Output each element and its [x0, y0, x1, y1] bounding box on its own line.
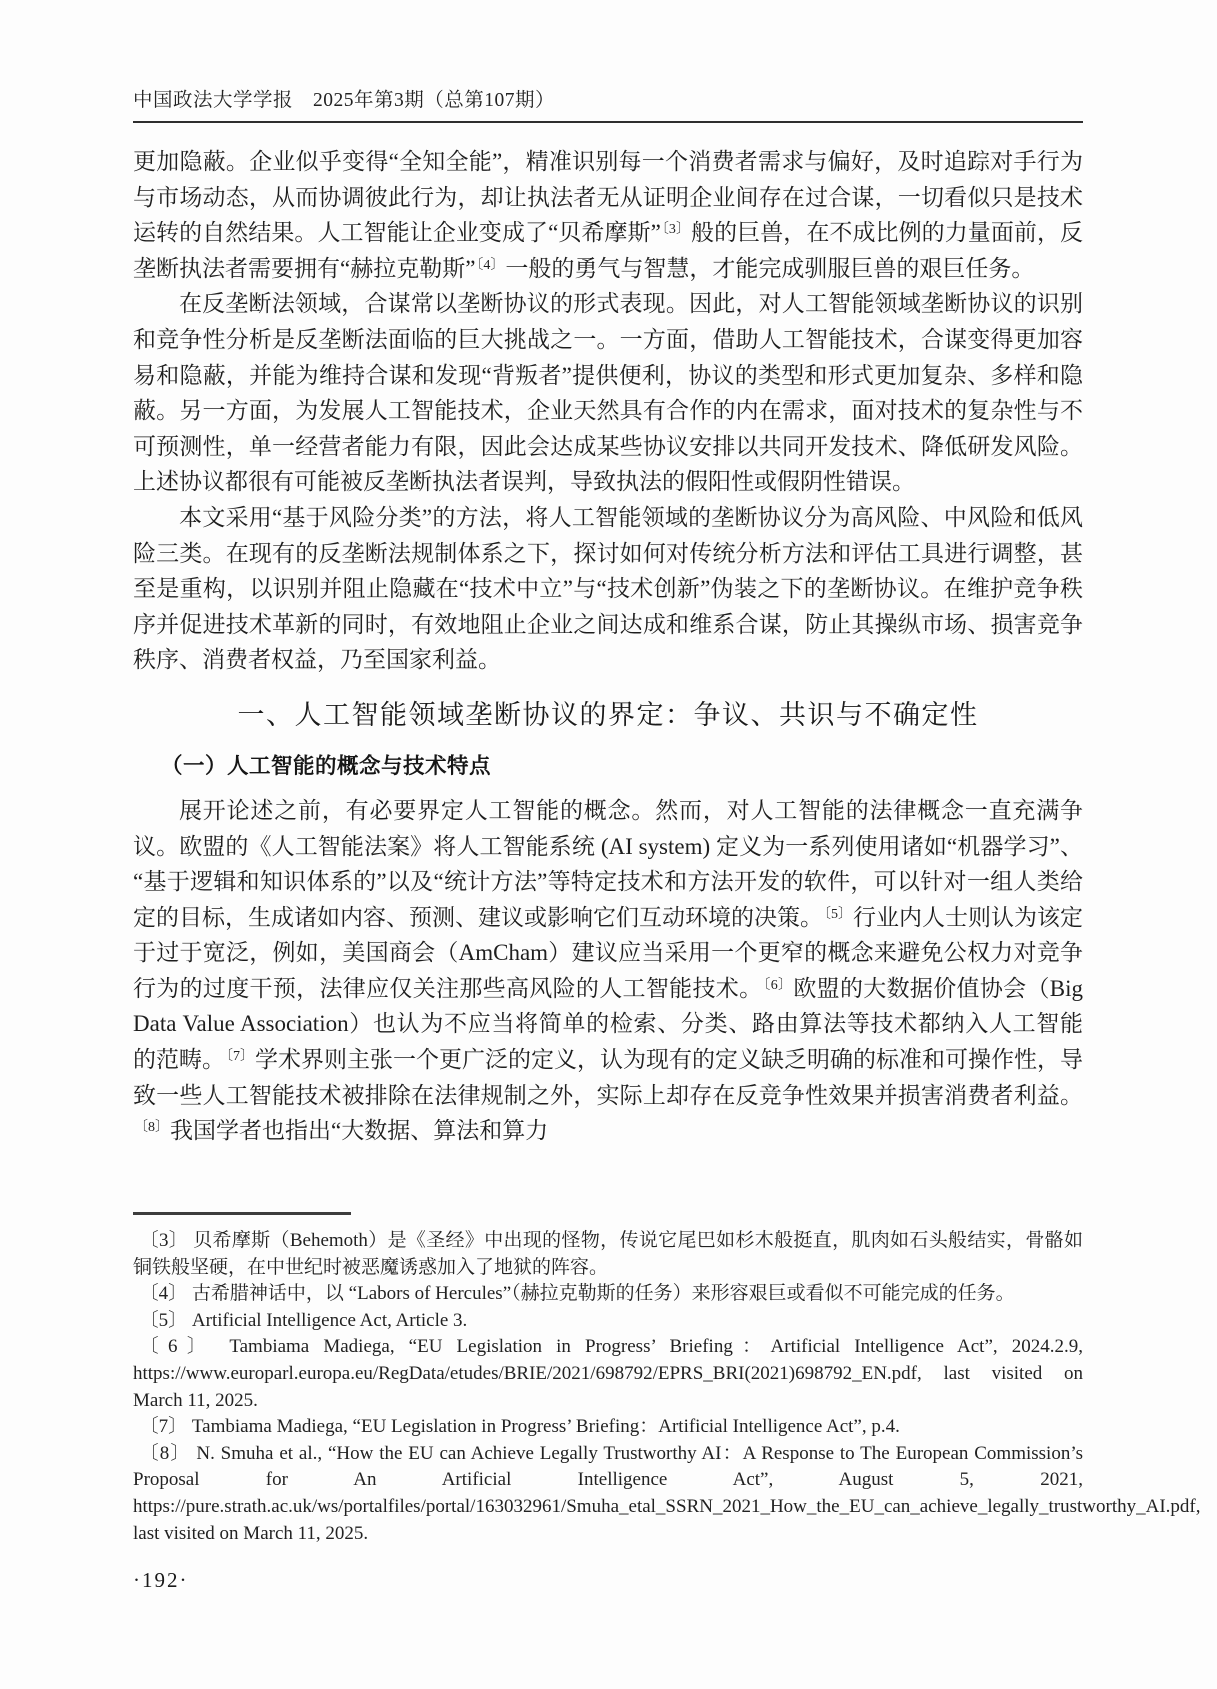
footnotes-section: 〔3〕 贝希摩斯（Behemoth）是《圣经》中出现的怪物，传说它尾巴如杉木般挺…: [133, 1212, 1083, 1547]
footnote-marker: 〔7〕: [140, 1416, 192, 1437]
paragraph: 本文采用“基于风险分类”的方法，将人工智能领域的垄断协议分为高风险、中风险和低风…: [133, 500, 1083, 678]
article-body: 更加隐蔽。企业似乎变得“全知全能”，精准识别每一个消费者需求与偏好，及时追踪对手…: [0, 123, 1217, 1149]
footnote-marker: 〔4〕: [140, 1283, 192, 1304]
journal-header-text: 中国政法大学学报 2025年第3期（总第107期）: [133, 84, 1083, 112]
footnote-marker: 〔6〕: [140, 1336, 230, 1357]
footnote-item: 〔8〕 N. Smuha et al., “How the EU can Ach…: [133, 1441, 1083, 1547]
body-paragraphs-top: 更加隐蔽。企业似乎变得“全知全能”，精准识别每一个消费者需求与偏好，及时追踪对手…: [133, 144, 1083, 678]
paragraph: 展开论述之前，有必要界定人工智能的概念。然而，对人工智能的法律概念一直充满争议。…: [133, 793, 1083, 1149]
footnote-list: 〔3〕 贝希摩斯（Behemoth）是《圣经》中出现的怪物，传说它尾巴如杉木般挺…: [133, 1228, 1083, 1547]
footnote-ref: 〔6〕: [762, 978, 793, 993]
page-header: 中国政法大学学报 2025年第3期（总第107期）: [0, 0, 1217, 123]
section-heading: 一、人工智能领域垄断协议的界定：争议、共识与不确定性: [133, 693, 1083, 732]
paragraph: 在反垄断法领域，合谋常以垄断协议的形式表现。因此，对人工智能领域垄断协议的识别和…: [133, 286, 1083, 500]
footnote-ref: 〔8〕: [133, 1120, 170, 1135]
footnote-ref: 〔7〕: [225, 1049, 255, 1064]
footnote-item: 〔5〕 Artificial Intelligence Act, Article…: [133, 1308, 1083, 1335]
paragraph: 更加隐蔽。企业似乎变得“全知全能”，精准识别每一个消费者需求与偏好，及时追踪对手…: [133, 144, 1083, 286]
footnote-ref: 〔4〕: [475, 258, 505, 273]
page-number: ·192·: [133, 1568, 189, 1593]
footnote-marker: 〔5〕: [140, 1310, 192, 1331]
footnote-item: 〔7〕 Tambiama Madiega, “EU Legislation in…: [133, 1414, 1083, 1441]
footnote-ref: 〔3〕: [661, 222, 691, 237]
body-paragraphs-bottom: 展开论述之前，有必要界定人工智能的概念。然而，对人工智能的法律概念一直充满争议。…: [133, 793, 1083, 1149]
footnote-ref: 〔5〕: [823, 907, 853, 922]
footnote-separator: [133, 1212, 351, 1215]
footnote-marker: 〔8〕: [140, 1443, 197, 1464]
footnote-item: 〔4〕 古希腊神话中，以 “Labors of Hercules”（赫拉克勒斯的…: [133, 1281, 1083, 1308]
subsection-heading: （一）人工智能的概念与技术特点: [133, 749, 1083, 780]
footnote-item: 〔6〕 Tambiama Madiega, “EU Legislation in…: [133, 1334, 1083, 1414]
journal-page: 中国政法大学学报 2025年第3期（总第107期） 更加隐蔽。企业似乎变得“全知…: [0, 0, 1217, 1689]
footnote-marker: 〔3〕: [140, 1230, 194, 1251]
footnote-item: 〔3〕 贝希摩斯（Behemoth）是《圣经》中出现的怪物，传说它尾巴如杉木般挺…: [133, 1228, 1083, 1281]
